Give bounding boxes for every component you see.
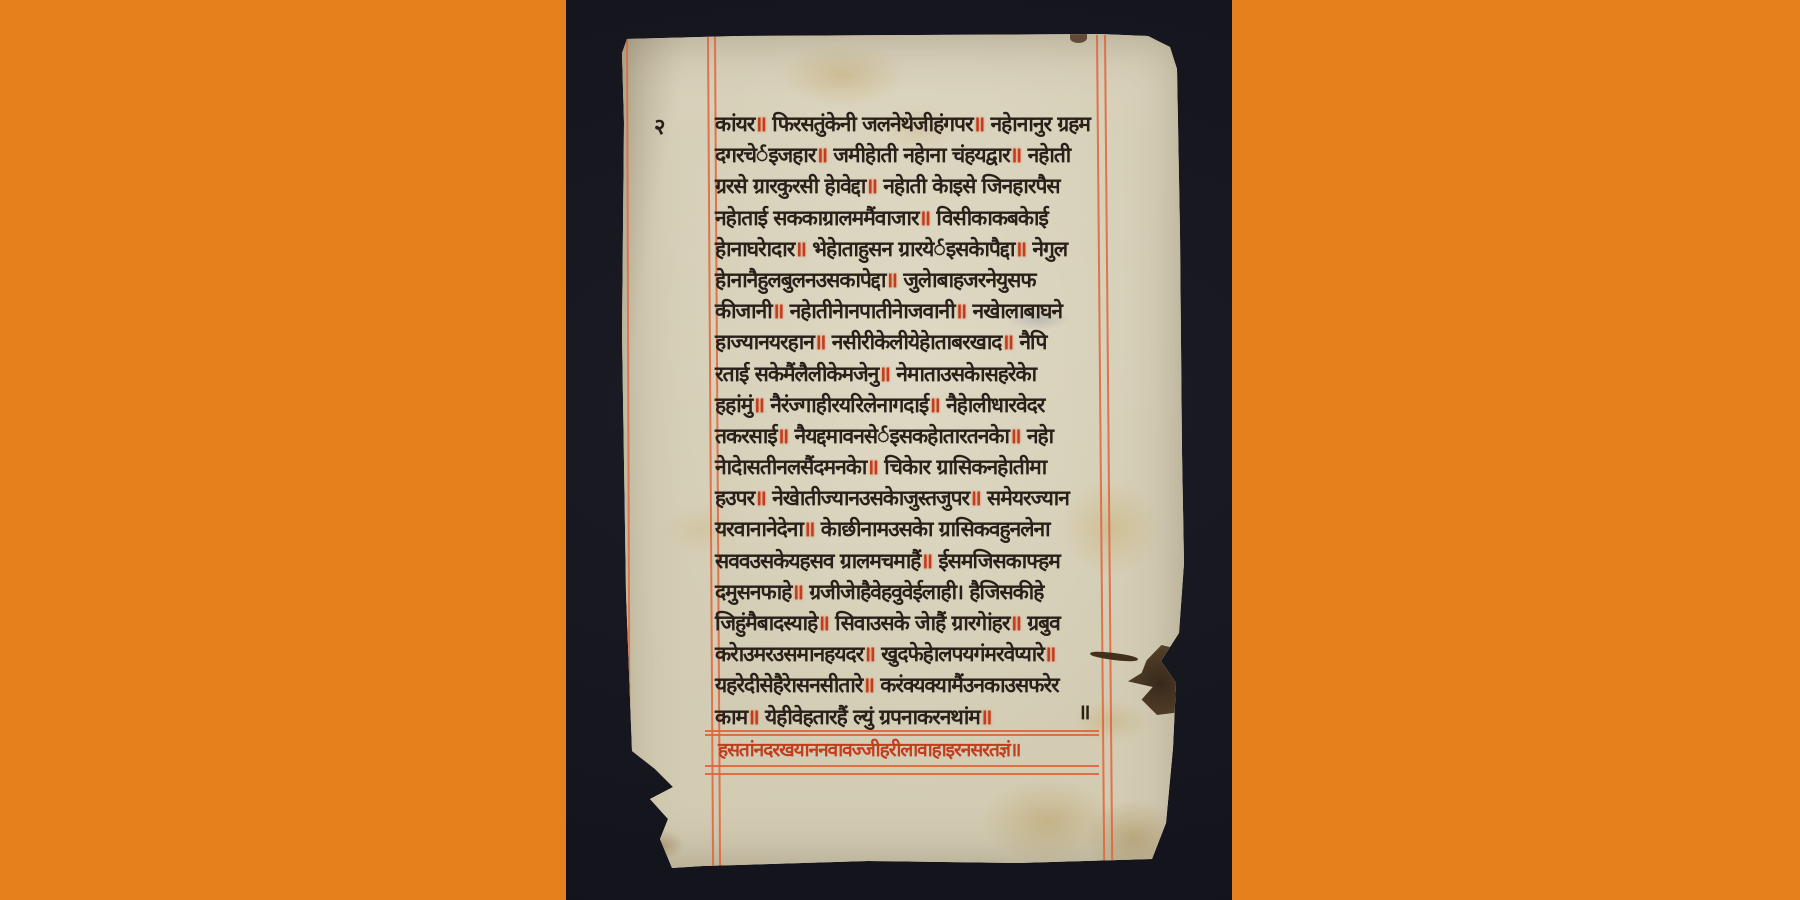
- left-margin-rule-outer: [707, 35, 714, 866]
- manuscript-page: २ कांयर॥ फिरसतुंकेनी जलनेथेजीहंगपर॥ नहेा…: [618, 33, 1185, 868]
- left-edge-rule: [626, 35, 631, 866]
- right-orange-band: [1232, 0, 1800, 900]
- text-line: हउपर॥ नेखेातीज्यानउसकेाजुस्तजुपर॥ समेयरज…: [715, 483, 1107, 514]
- text-line: नहेाताई सककाग्रालममैंवाजार॥ विसीकाकबकेाई: [715, 203, 1107, 234]
- text-line: काम॥ येहीवेहतारहैं ल्युं ग्रपनाकरनथांम॥: [715, 702, 1107, 733]
- footer-rule-bottom-1: [705, 765, 1099, 767]
- footer-rule-bottom-2: [705, 773, 1099, 775]
- text-line: सववउसकेयहसव ग्रालमचमाहैं॥ ईसमजिसकाफ्हम: [715, 546, 1107, 577]
- folio-number: २: [654, 111, 665, 141]
- text-line: करेाउमरउसमानहयदर॥ खुदफेहेालपयगंमरवेप्यार…: [715, 639, 1107, 670]
- text-block: कांयर॥ फिरसतुंकेनी जलनेथेजीहंगपर॥ नहेाना…: [715, 109, 1107, 733]
- text-line: दमुसनफाहे॥ ग्रजीजेाहैवेहवुवेईलाही। हैजिस…: [715, 577, 1107, 608]
- text-line: तकरसाई॥ नैयद्दमावनसेर्इसकहेातारतनकेा॥ नह…: [715, 421, 1107, 452]
- text-line: कांयर॥ फिरसतुंकेनी जलनेथेजीहंगपर॥ नहेाना…: [715, 109, 1107, 140]
- text-line: हेानाघरेादार॥ भेहेाताहुसन ग्रारयेर्इसकेा…: [715, 234, 1107, 265]
- text-line: जिहुंमैबादस्याहे॥ सिवाउसके जेाहैं ग्रारग…: [715, 608, 1107, 639]
- colophon-line: हसतांनदरखयाननवावज्जीहरीलावाहाइरनसरतज्ञं॥: [718, 736, 1102, 764]
- text-line: हहांमुं॥ नैरंज्गाहीरयरिलेनागदाई॥ नैहेाली…: [715, 390, 1107, 421]
- closing-danda: ॥: [1078, 697, 1091, 728]
- text-line: दगरचेर्इजहार॥ जमीहेाती नहेाना चंहयद्वार॥…: [715, 140, 1107, 171]
- text-line: हेानानैहुलबुलनउसकापेद्दा॥ जुलेाबाहजरनेयु…: [715, 265, 1107, 296]
- left-orange-band: [0, 0, 566, 900]
- edge-stain: [1070, 33, 1087, 43]
- text-line: यरवानानेदेना॥ केाछीनामउसकेा ग्रासिकवहुनल…: [715, 514, 1107, 545]
- text-line: यहरेदीसेहैरेासनसीतारे॥ करंक्यक्यामैंउनका…: [715, 670, 1107, 701]
- text-line: रताई सकेमैंलैलीकेमजेनु॥ नेमाताउसकेासहरेक…: [715, 359, 1107, 390]
- text-line: कीजानी॥ नहेातीनेानपातीनेाजवानी॥ नखेालाबा…: [715, 296, 1107, 327]
- text-line: ग्ररसे ग्रारकुरसी हेावेद्दा॥ नहेाती केाइ…: [715, 171, 1107, 202]
- photo-backdrop: २ कांयर॥ फिरसतुंकेनी जलनेथेजीहंगपर॥ नहेा…: [0, 0, 1800, 900]
- text-line: नेादेासतीनलसैंदमनकेा॥ चिकेार ग्रासिकनहेा…: [715, 452, 1107, 483]
- text-line: हाज्यानयरहान॥ नसीरीकेलीयेहेाताबरखाद॥ नैप…: [715, 327, 1107, 358]
